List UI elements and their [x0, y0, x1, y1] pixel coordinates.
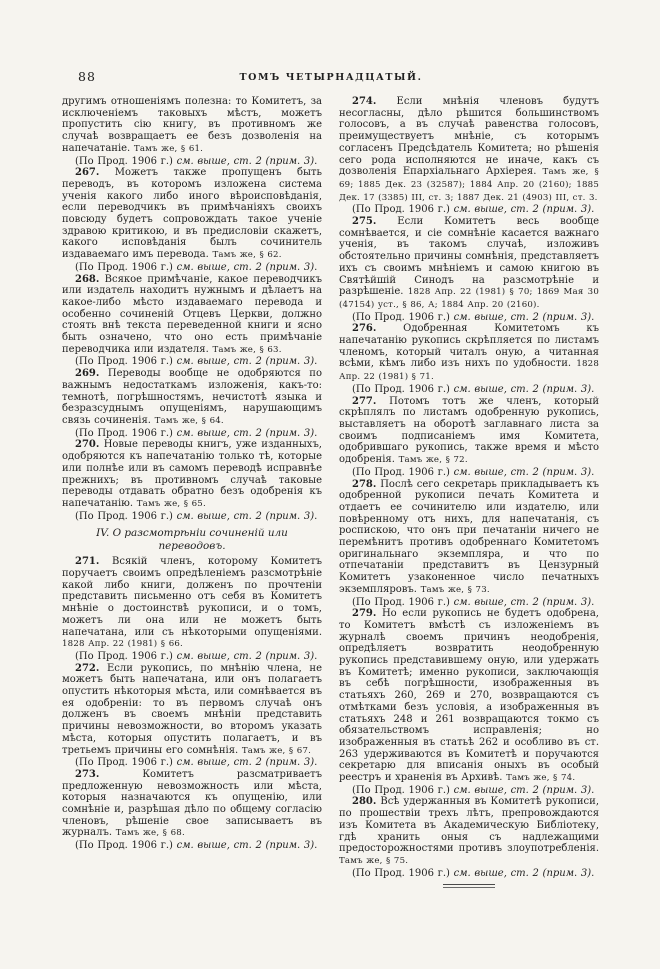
column-left: другимъ отношеніямъ полезна: то Комитетъ… — [62, 96, 322, 852]
paragraph: 279. Но если рукопись не будетъ одобрена… — [339, 608, 599, 785]
paragraph: (По Прод. 1906 г.) см. выше, ст. 2 (прим… — [62, 757, 322, 769]
text-run: Тамъ же, § 61. — [134, 144, 203, 154]
text-run: (По Прод. 1906 г.) — [75, 156, 177, 167]
paragraph: 267. Можетъ также пропущенъ быть перевод… — [62, 167, 322, 262]
text-run: 280. — [352, 796, 376, 807]
paragraph: 272. Если рукопись, по мнѣнію члена, не … — [62, 663, 322, 758]
text-run: 271. — [75, 556, 99, 567]
text-run: см. выше, ст. 2 (прим. 3). — [177, 356, 318, 367]
text-run: 273. — [75, 769, 99, 780]
text-run: Тамъ же, § 68. — [116, 828, 185, 838]
paragraph: 269. Переводы вообще не одобряются по ва… — [62, 368, 322, 428]
text-run: Одобренная Комитетомъ къ напечатанію рук… — [339, 323, 599, 369]
right-column-wrap: 274. Если мнѣнія членовъ будутъ несоглас… — [339, 96, 599, 888]
text-run: см. выше, ст. 2 (прим. 3). — [454, 467, 595, 478]
text-run: 275. — [352, 216, 376, 227]
text-run: Тамъ же, § 72. — [399, 455, 468, 465]
text-run: (По Прод. 1906 г.) — [352, 597, 454, 608]
text-run: 272. — [75, 663, 99, 674]
text-run: Всякое примѣчаніе, какое переводчикъ или… — [62, 274, 322, 355]
paragraph: (По Прод. 1906 г.) см. выше, ст. 2 (прим… — [62, 511, 322, 523]
text-run: (По Прод. 1906 г.) — [75, 356, 177, 367]
text-run: см. выше, ст. 2 (прим. 3). — [177, 428, 318, 439]
paragraph: 271. Всякій членъ, которому Комитетъ пор… — [62, 556, 322, 651]
text-run: см. выше, ст. 2 (прим. 3). — [177, 757, 318, 768]
text-run: см. выше, ст. 2 (прим. 3). — [454, 785, 595, 796]
text-run: см. выше, ст. 2 (прим. 3). — [454, 868, 595, 879]
text-run: Послѣ сего секретарь прикладываетъ къ од… — [339, 479, 599, 595]
column-right: 274. Если мнѣнія членовъ будутъ несоглас… — [339, 96, 599, 879]
paragraph: 268. Всякое примѣчаніе, какое переводчик… — [62, 274, 322, 357]
text-run: (По Прод. 1906 г.) — [352, 785, 454, 796]
text-run: 267. — [75, 167, 99, 178]
text-run: (По Прод. 1906 г.) — [352, 868, 454, 879]
paragraph: 278. Послѣ сего секретарь прикладываетъ … — [339, 479, 599, 597]
text-run: 276. — [352, 323, 376, 334]
text-run: Тамъ же, § 65. — [137, 499, 206, 509]
paragraph: 275. Если Комитетъ весь вообще сомнѣвает… — [339, 216, 599, 312]
scanned-book-page: 88 ТОМЪ ЧЕТЫРНАДЦАТЫЙ. другимъ отношенія… — [0, 0, 660, 969]
text-run: Тамъ же, § 62. — [212, 250, 281, 260]
paragraph: (По Прод. 1906 г.) см. выше, ст. 2 (прим… — [339, 597, 599, 609]
paragraph: другимъ отношеніямъ полезна: то Комитетъ… — [62, 96, 322, 156]
text-run: 268. — [75, 274, 99, 285]
text-run: Если мнѣнія членовъ будутъ несогласны, д… — [339, 96, 599, 177]
text-run: (По Прод. 1906 г.) — [75, 651, 177, 662]
running-head: 88 ТОМЪ ЧЕТЫРНАДЦАТЫЙ. — [62, 72, 600, 88]
text-run: Можетъ также пропущенъ быть переводъ, въ… — [62, 167, 322, 260]
paragraph: (По Прод. 1906 г.) см. выше, ст. 2 (прим… — [339, 204, 599, 216]
paragraph: (По Прод. 1906 г.) см. выше, ст. 2 (прим… — [339, 384, 599, 396]
text-run: Если Комитетъ весь вообще сомнѣвается, и… — [339, 216, 599, 297]
running-title: ТОМЪ ЧЕТЫРНАДЦАТЫЙ. — [62, 72, 600, 83]
paragraph: (По Прод. 1906 г.) см. выше, ст. 2 (прим… — [62, 262, 322, 274]
text-run: 269. — [75, 368, 99, 379]
paragraph: (По Прод. 1906 г.) см. выше, ст. 2 (прим… — [62, 840, 322, 852]
text-run: см. выше, ст. 2 (прим. 3). — [177, 156, 318, 167]
text-run: 274. — [352, 96, 376, 107]
text-run: см. выше, ст. 2 (прим. 3). — [454, 597, 595, 608]
text-run: (По Прод. 1906 г.) — [75, 511, 177, 522]
paragraph: (По Прод. 1906 г.) см. выше, ст. 2 (прим… — [62, 651, 322, 663]
text-run: см. выше, ст. 2 (прим. 3). — [177, 511, 318, 522]
text-run: 270. — [75, 439, 99, 450]
paragraph: 280. Всѣ удержанныя въ Комитетѣ рукописи… — [339, 796, 599, 867]
text-run: Тамъ же, § 73. — [421, 585, 490, 595]
section-heading: IV. О разсмотрѣніи сочиненій или перевод… — [72, 527, 312, 552]
text-run: (По Прод. 1906 г.) — [75, 757, 177, 768]
text-run: см. выше, ст. 2 (прим. 3). — [177, 651, 318, 662]
text-run: (По Прод. 1906 г.) — [75, 262, 177, 273]
text-run: Тамъ же, § 67. — [242, 746, 311, 756]
paragraph: 276. Одобренная Комитетомъ къ напечатані… — [339, 323, 599, 384]
paragraph: (По Прод. 1906 г.) см. выше, ст. 2 (прим… — [339, 785, 599, 797]
text-run: см. выше, ст. 2 (прим. 3). — [454, 312, 595, 323]
text-run: Всѣ удержанныя въ Комитетѣ рукописи, по … — [339, 796, 599, 854]
text-run: см. выше, ст. 2 (прим. 3). — [454, 384, 595, 395]
text-columns: другимъ отношеніямъ полезна: то Комитетъ… — [62, 96, 600, 888]
paragraph: (По Прод. 1906 г.) см. выше, ст. 2 (прим… — [339, 312, 599, 324]
text-run: Тамъ же, § 64. — [155, 416, 224, 426]
text-run: (По Прод. 1906 г.) — [352, 384, 454, 395]
paragraph: 274. Если мнѣнія членовъ будутъ несоглас… — [339, 96, 599, 204]
left-column-wrap: другимъ отношеніямъ полезна: то Комитетъ… — [62, 96, 322, 888]
paragraph: (По Прод. 1906 г.) см. выше, ст. 2 (прим… — [62, 156, 322, 168]
text-run: (По Прод. 1906 г.) — [75, 428, 177, 439]
paragraph: (По Прод. 1906 г.) см. выше, ст. 2 (прим… — [62, 356, 322, 368]
text-run: Потомъ тотъ же членъ, который скрѣплялъ … — [339, 396, 599, 466]
text-run: см. выше, ст. 2 (прим. 3). — [177, 840, 318, 851]
text-run: Тамъ же, § 75. — [339, 856, 408, 866]
text-run: см. выше, ст. 2 (прим. 3). — [454, 204, 595, 215]
text-run: 277. — [352, 396, 376, 407]
text-run: 278. — [352, 479, 376, 490]
text-run: Комитетъ разсматриваетъ предложенную нев… — [62, 769, 322, 839]
paragraph: 273. Комитетъ разсматриваетъ предложенну… — [62, 769, 322, 840]
paragraph: (По Прод. 1906 г.) см. выше, ст. 2 (прим… — [339, 467, 599, 479]
paragraph: 270. Новые переводы книгъ, уже изданныхъ… — [62, 439, 322, 510]
paragraph: (По Прод. 1906 г.) см. выше, ст. 2 (прим… — [339, 868, 599, 880]
text-run: 279. — [352, 608, 376, 619]
text-run: (По Прод. 1906 г.) — [75, 840, 177, 851]
text-run: Тамъ же, § 63. — [212, 345, 281, 355]
text-run: Всякій членъ, которому Комитетъ поручает… — [62, 556, 322, 637]
text-run: Если рукопись, по мнѣнію члена, не может… — [62, 663, 322, 756]
end-divider — [443, 884, 495, 888]
text-run: (По Прод. 1906 г.) — [352, 312, 454, 323]
text-run: Но если рукопись не будетъ одобрена, то … — [339, 608, 599, 783]
text-run: (По Прод. 1906 г.) — [352, 467, 454, 478]
text-run: Тамъ же, § 74. — [506, 773, 575, 783]
text-run: IV. О разсмотрѣніи сочиненій или перевод… — [96, 527, 288, 552]
page-number: 88 — [78, 69, 96, 84]
paragraph: 277. Потомъ тотъ же членъ, который скрѣп… — [339, 396, 599, 467]
text-run: см. выше, ст. 2 (прим. 3). — [177, 262, 318, 273]
paragraph: (По Прод. 1906 г.) см. выше, ст. 2 (прим… — [62, 428, 322, 440]
text-run: (По Прод. 1906 г.) — [352, 204, 454, 215]
text-run: 1828 Апр. 22 (1981) § 66. — [62, 639, 183, 649]
